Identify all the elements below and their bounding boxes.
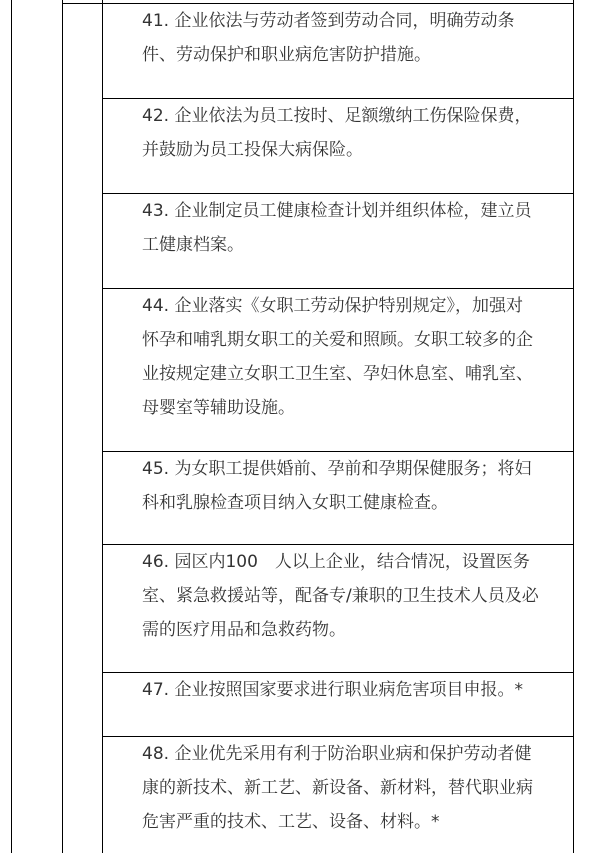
item-42-line-1: 42. 企业依法为员工按时、足额缴纳工伤保险保费，: [142, 99, 567, 133]
table-column-divider-1: [62, 0, 63, 853]
item-45-line-1: 45. 为女职工提供婚前、孕前和孕期保健服务；将妇: [142, 452, 567, 486]
item-43-line-2: 工健康档案。: [142, 228, 567, 262]
table-border-right: [573, 0, 574, 853]
table-row-item-44: 44. 企业落实《女职工劳动保护特别规定》，加强对 怀孕和哺乳期女职工的关爱和照…: [103, 289, 573, 425]
item-48-line-2: 康的新技术、新工艺、新设备、新材料，替代职业病: [142, 771, 567, 805]
item-44-line-3: 业按规定建立女职工卫生室、孕妇休息室、哺乳室、: [142, 357, 567, 391]
table-row-item-43: 43. 企业制定员工健康检查计划并组织体检，建立员 工健康档案。: [103, 194, 573, 262]
item-41-line-2: 件、劳动保护和职业病危害防护措施。: [142, 38, 567, 72]
table-row-item-46: 46. 园区内100 人以上企业，结合情况，设置医务 室、紧急救援站等，配备专/…: [103, 545, 573, 647]
item-45-line-2: 科和乳腺检查项目纳入女职工健康检查。: [142, 486, 567, 520]
table-border-left: [11, 0, 12, 853]
item-46-line-3: 需的医疗用品和急救药物。: [142, 613, 567, 647]
item-46-line-1: 46. 园区内100 人以上企业，结合情况，设置医务: [142, 545, 567, 579]
item-47-line-1: 47. 企业按照国家要求进行职业病危害项目申报。*: [142, 673, 567, 707]
table-row-item-48: 48. 企业优先采用有利于防治职业病和保护劳动者健 康的新技术、新工艺、新设备、…: [103, 737, 573, 839]
table-row-item-42: 42. 企业依法为员工按时、足额缴纳工伤保险保费， 并鼓励为员工投保大病保险。: [103, 99, 573, 167]
item-43-line-1: 43. 企业制定员工健康检查计划并组织体检，建立员: [142, 194, 567, 228]
table-row-item-41: 41. 企业依法与劳动者签到劳动合同，明确劳动条 件、劳动保护和职业病危害防护措…: [103, 4, 573, 72]
item-44-line-2: 怀孕和哺乳期女职工的关爱和照顾。女职工较多的企: [142, 323, 567, 357]
item-46-line-2: 室、紧急救援站等，配备专/兼职的卫生技术人员及必: [142, 579, 567, 613]
item-44-line-4: 母婴室等辅助设施。: [142, 391, 567, 425]
item-48-line-3: 危害严重的技术、工艺、设备、材料。*: [142, 805, 567, 839]
item-41-line-1: 41. 企业依法与劳动者签到劳动合同，明确劳动条: [142, 4, 567, 38]
item-48-line-1: 48. 企业优先采用有利于防治职业病和保护劳动者健: [142, 737, 567, 771]
item-42-line-2: 并鼓励为员工投保大病保险。: [142, 133, 567, 167]
table-row-item-45: 45. 为女职工提供婚前、孕前和孕期保健服务；将妇 科和乳腺检查项目纳入女职工健…: [103, 452, 573, 520]
item-44-line-1: 44. 企业落实《女职工劳动保护特别规定》，加强对: [142, 289, 567, 323]
table-row-item-47: 47. 企业按照国家要求进行职业病危害项目申报。*: [103, 673, 573, 707]
